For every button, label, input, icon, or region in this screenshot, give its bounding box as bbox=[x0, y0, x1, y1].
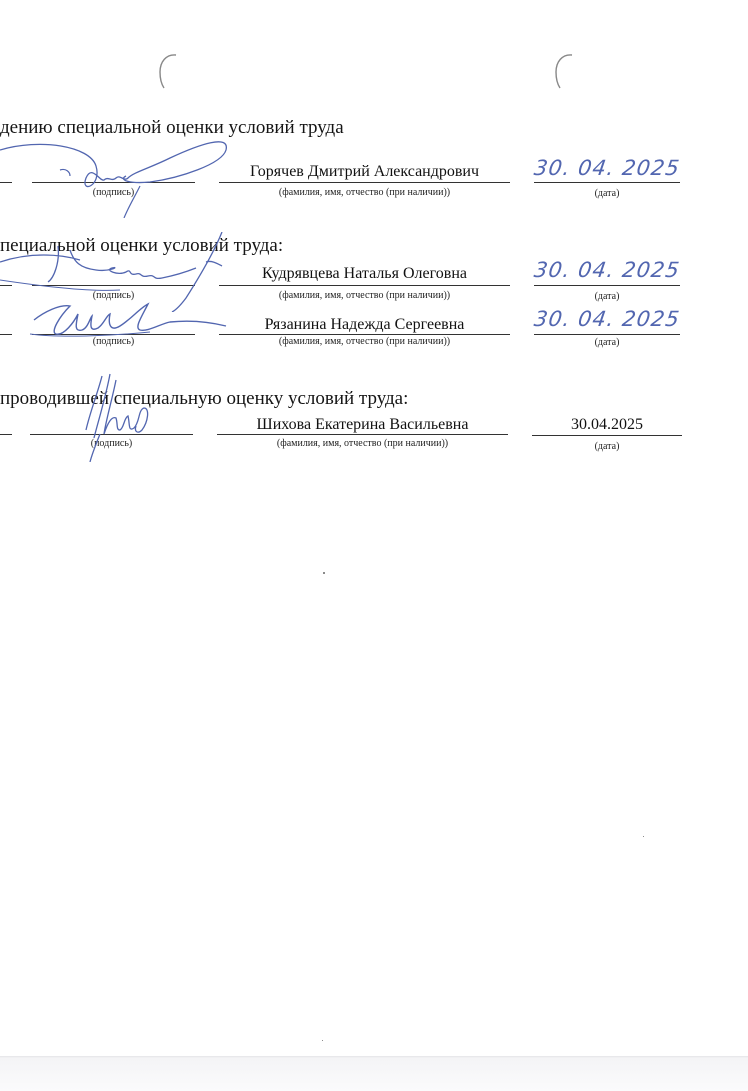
signatory-name: Кудрявцева Наталья Олеговна bbox=[219, 265, 510, 283]
name-underline bbox=[219, 285, 510, 286]
date-underline bbox=[532, 435, 682, 436]
signature-underline bbox=[32, 334, 195, 335]
field-underline bbox=[0, 182, 12, 183]
scan-speck bbox=[322, 1040, 323, 1041]
signatory-name: Рязанина Надежда Сергеевна bbox=[219, 316, 510, 334]
scan-speck bbox=[643, 836, 644, 837]
punch-hole-icon bbox=[552, 52, 576, 92]
signature-underline bbox=[32, 182, 195, 183]
field-underline bbox=[0, 285, 12, 286]
name-underline bbox=[219, 182, 510, 183]
punch-hole-icon bbox=[156, 52, 180, 92]
date-underline bbox=[534, 182, 680, 183]
signatory-name: Горячев Дмитрий Александрович bbox=[219, 163, 510, 181]
date-caption: (дата) bbox=[534, 337, 680, 348]
name-underline bbox=[219, 334, 510, 335]
date-caption: (дата) bbox=[532, 441, 682, 452]
date-caption: (дата) bbox=[534, 188, 680, 199]
handwritten-date: 30. 04. 2025 bbox=[532, 258, 681, 282]
name-caption: (фамилия, имя, отчество (при наличии)) bbox=[217, 438, 508, 449]
date-caption: (дата) bbox=[534, 291, 680, 302]
field-underline bbox=[0, 434, 12, 435]
name-caption: (фамилия, имя, отчество (при наличии)) bbox=[219, 290, 510, 301]
signature-underline bbox=[32, 285, 195, 286]
field-underline bbox=[0, 334, 12, 335]
section-heading: дению специальной оценки условий труда bbox=[0, 117, 344, 139]
section-heading: проводившей специальную оценку условий т… bbox=[0, 388, 408, 410]
date-underline bbox=[534, 334, 680, 335]
scan-speck bbox=[323, 572, 325, 574]
handwritten-date: 30. 04. 2025 bbox=[532, 156, 681, 180]
signature-caption: (подпись) bbox=[30, 438, 193, 449]
handwritten-date: 30. 04. 2025 bbox=[532, 307, 681, 331]
name-underline bbox=[217, 434, 508, 435]
signature-caption: (подпись) bbox=[32, 290, 195, 301]
signature-icon bbox=[0, 128, 240, 218]
name-caption: (фамилия, имя, отчество (при наличии)) bbox=[219, 336, 510, 347]
signature-caption: (подпись) bbox=[32, 187, 195, 198]
signature-underline bbox=[30, 434, 193, 435]
page-bottom-edge bbox=[0, 1056, 748, 1091]
document-page: дению специальной оценки условий труда (… bbox=[0, 0, 748, 1091]
signature-caption: (подпись) bbox=[32, 336, 195, 347]
section-heading: пециальной оценки условий труда: bbox=[0, 235, 283, 257]
date-underline bbox=[534, 285, 680, 286]
date-value: 30.04.2025 bbox=[532, 416, 682, 434]
signatory-name: Шихова Екатерина Васильевна bbox=[217, 416, 508, 434]
name-caption: (фамилия, имя, отчество (при наличии)) bbox=[219, 187, 510, 198]
